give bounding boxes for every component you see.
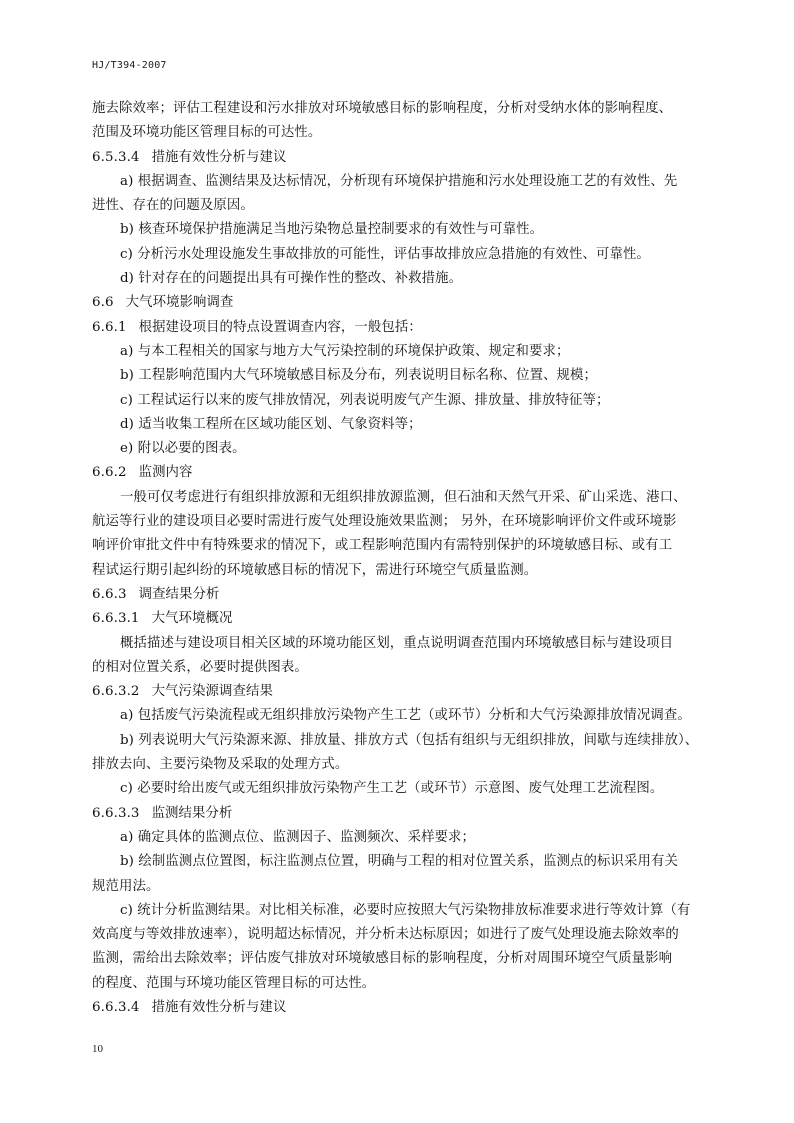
- section-number: 6.6.3: [92, 583, 127, 607]
- paragraph-line: c) 统计分析监测结果。对比相关标准，必要时应按照大气污染物排放标准要求进行等效…: [92, 899, 704, 923]
- paragraph-line: 施去除效率；评估工程建设和污水排放对环境敏感目标的影响程度，分析对受纳水体的影响…: [92, 97, 704, 121]
- paragraph-line: a) 包括废气污染流程或无组织排放污染物产生工艺（或环节）分析和大气污染源排放情…: [92, 704, 704, 728]
- paragraph-line: d) 适当收集工程所在区域功能区划、气象资料等；: [92, 413, 704, 437]
- section-heading: 6.6.3.3监测结果分析: [92, 802, 704, 826]
- paragraph-line: c) 分析污水处理设施发生事故排放的可能性，评估事故排放应急措施的有效性、可靠性…: [92, 243, 704, 267]
- section-title: 监测结果分析: [152, 806, 233, 821]
- paragraph-line: 一般可仅考虑进行有组织排放源和无组织排放源监测，但石油和天然气开采、矿山采选、港…: [92, 486, 704, 510]
- section-title: 监测内容: [139, 465, 193, 480]
- paragraph-line: 监测，需给出去除效率；评估废气排放对环境敏感目标的影响程度，分析对周围环境空气质…: [92, 947, 704, 971]
- section-title: 大气污染源调查结果: [152, 684, 273, 699]
- paragraph-line: d) 针对存在的问题提出具有可操作性的整改、补救措施。: [92, 267, 704, 291]
- section-number: 6.6.3.2: [92, 680, 140, 704]
- section-heading: 6.6.3.2大气污染源调查结果: [92, 680, 704, 704]
- section-number: 6.6.3.4: [92, 996, 140, 1020]
- paragraph-line: c) 工程试运行以来的废气排放情况，列表说明废气产生源、排放量、排放特征等；: [92, 389, 704, 413]
- section-title: 根据建设项目的特点设置调查内容，一般包括：: [139, 320, 422, 335]
- section-number: 6.6.2: [92, 461, 127, 485]
- paragraph-line: c) 必要时给出废气或无组织排放污染物产生工艺（或环节）示意图、废气处理工艺流程…: [92, 777, 704, 801]
- paragraph-line: 响评价审批文件中有特殊要求的情况下，或工程影响范围内有需特别保护的环境敏感目标、…: [92, 534, 704, 558]
- paragraph-line: a) 确定具体的监测点位、监测因子、监测频次、采样要求；: [92, 826, 704, 850]
- section-heading: 6.6.3.4措施有效性分析与建议: [92, 996, 704, 1020]
- section-number: 6.5.3.4: [92, 146, 140, 170]
- section-number: 6.6.3.1: [92, 607, 140, 631]
- section-title: 调查结果分析: [139, 587, 220, 602]
- page-number: 10: [92, 1043, 103, 1055]
- section-heading: 6.5.3.4措施有效性分析与建议: [92, 146, 704, 170]
- paragraph-line: a) 与本工程相关的国家与地方大气污染控制的环境保护政策、规定和要求；: [92, 340, 704, 364]
- section-heading: 6.6大气环境影响调查: [92, 291, 704, 315]
- paragraph-line: b) 核查环境保护措施满足当地污染物总量控制要求的有效性与可靠性。: [92, 218, 704, 242]
- section-title: 措施有效性分析与建议: [152, 150, 287, 165]
- section-title: 大气环境影响调查: [126, 295, 234, 310]
- section-number: 6.6.3.3: [92, 802, 140, 826]
- paragraph-line: e) 附以必要的图表。: [92, 437, 704, 461]
- section-number: 6.6.1: [92, 316, 127, 340]
- section-heading: 6.6.3调查结果分析: [92, 583, 704, 607]
- paragraph-line: 概括描述与建设项目相关区域的环境功能区划，重点说明调查范围内环境敏感目标与建设项…: [92, 632, 704, 656]
- paragraph-line: 航运等行业的建设项目必要时需进行废气处理设施效果监测； 另外，在环境影响评价文件…: [92, 510, 704, 534]
- paragraph-line: 进性、存在的问题及原因。: [92, 194, 704, 218]
- paragraph-line: 的相对位置关系，必要时提供图表。: [92, 656, 704, 680]
- section-heading: 6.6.3.1大气环境概况: [92, 607, 704, 631]
- section-heading: 6.6.2监测内容: [92, 461, 704, 485]
- paragraph-line: a) 根据调查、监测结果及达标情况，分析现有环境保护措施和污水处理设施工艺的有效…: [92, 170, 704, 194]
- paragraph-line: 范围及环境功能区管理目标的可达性。: [92, 121, 704, 145]
- paragraph-line: 程试运行期引起纠纷的环境敏感目标的情况下，需进行环境空气质量监测。: [92, 559, 704, 583]
- paragraph-line: 的程度、范围与环境功能区管理目标的可达性。: [92, 972, 704, 996]
- paragraph-line: b) 绘制监测点位置图，标注监测点位置，明确与工程的相对位置关系，监测点的标识采…: [92, 850, 704, 874]
- section-title: 措施有效性分析与建议: [152, 1000, 287, 1015]
- document-code-header: HJ/T394-2007: [92, 60, 167, 71]
- section-title: 大气环境概况: [152, 611, 233, 626]
- document-body: 施去除效率；评估工程建设和污水排放对环境敏感目标的影响程度，分析对受纳水体的影响…: [92, 97, 704, 1020]
- section-heading: 6.6.1根据建设项目的特点设置调查内容，一般包括：: [92, 316, 704, 340]
- paragraph-line: 效高度与等效排放速率），说明超达标情况，并分析未达标原因；如进行了废气处理设施去…: [92, 923, 704, 947]
- paragraph-line: 规范用法。: [92, 875, 704, 899]
- paragraph-line: b) 工程影响范围内大气环境敏感目标及分布，列表说明目标名称、位置、规模；: [92, 364, 704, 388]
- paragraph-line: 排放去向、主要污染物及采取的处理方式。: [92, 753, 704, 777]
- paragraph-line: b) 列表说明大气污染源来源、排放量、排放方式（包括有组织与无组织排放，间歇与连…: [92, 729, 704, 753]
- section-number: 6.6: [92, 291, 114, 315]
